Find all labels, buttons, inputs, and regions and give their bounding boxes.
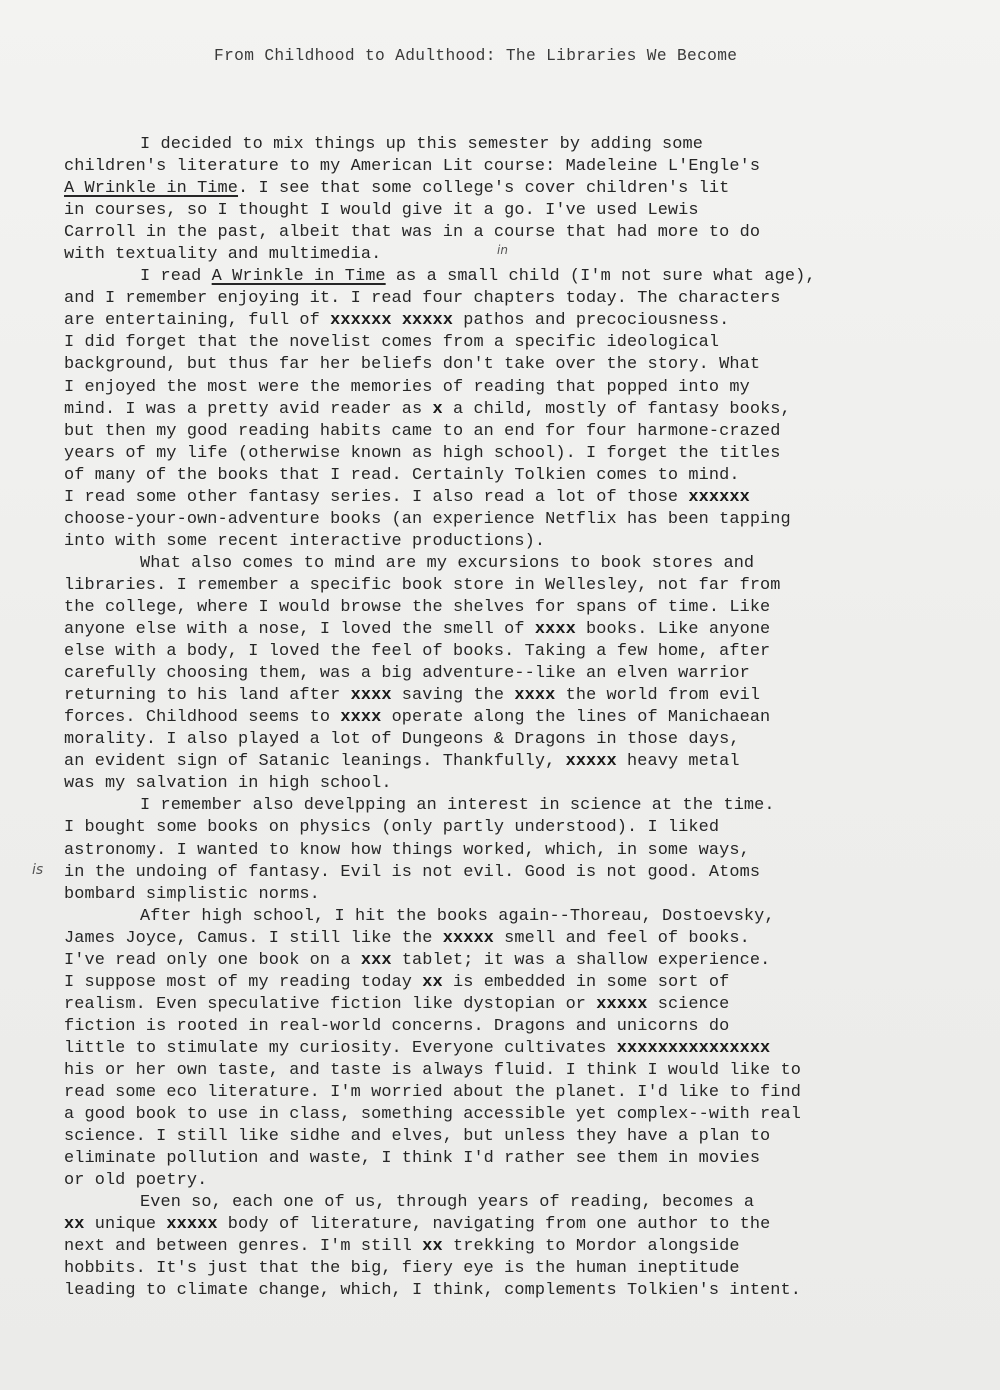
text-line: next and between genres. I'm still xx tr… xyxy=(64,1236,964,1258)
text-line: Even so, each one of us, through years o… xyxy=(64,1192,964,1214)
text-line: or old poetry. xyxy=(64,1170,964,1192)
text-line: morality. I also played a lot of Dungeon… xyxy=(64,729,964,751)
text-line: I did forget that the novelist comes fro… xyxy=(64,332,964,354)
text-line: of many of the books that I read. Certai… xyxy=(64,465,964,487)
text-line: the college, where I would browse the sh… xyxy=(64,597,964,619)
paragraph: I decided to mix things up this semester… xyxy=(64,134,964,266)
text-line: with textuality and multimedia. xyxy=(64,244,964,266)
text-line: James Joyce, Camus. I still like the xxx… xyxy=(64,928,964,950)
paragraph: What also comes to mind are my excursion… xyxy=(64,553,964,796)
document-title: From Childhood to Adulthood: The Librari… xyxy=(214,47,737,65)
text-line: an evident sign of Satanic leanings. Tha… xyxy=(64,751,964,773)
text-line: else with a body, I loved the feel of bo… xyxy=(64,641,964,663)
paragraph: I read A Wrinkle in Time as a small chil… xyxy=(64,266,964,553)
text-line: a good book to use in class, something a… xyxy=(64,1104,964,1126)
text-line: I suppose most of my reading today xx is… xyxy=(64,972,964,994)
text-line: background, but thus far her beliefs don… xyxy=(64,354,964,376)
text-line: in courses, so I thought I would give it… xyxy=(64,200,964,222)
text-line: bombard simplistic norms. xyxy=(64,884,964,906)
text-line: What also comes to mind are my excursion… xyxy=(64,553,964,575)
text-line: libraries. I remember a specific book st… xyxy=(64,575,964,597)
text-line: A Wrinkle in Time. I see that some colle… xyxy=(64,178,964,200)
text-line: realism. Even speculative fiction like d… xyxy=(64,994,964,1016)
text-line: carefully choosing them, was a big adven… xyxy=(64,663,964,685)
text-line: anyone else with a nose, I loved the sme… xyxy=(64,619,964,641)
text-line: fiction is rooted in real-world concerns… xyxy=(64,1016,964,1038)
text-line: returning to his land after xxxx saving … xyxy=(64,685,964,707)
paragraph: After high school, I hit the books again… xyxy=(64,906,964,1193)
text-line: choose-your-own-adventure books (an expe… xyxy=(64,509,964,531)
handwritten-correction-is: is xyxy=(32,862,43,878)
text-line: his or her own taste, and taste is alway… xyxy=(64,1060,964,1082)
text-line: but then my good reading habits came to … xyxy=(64,421,964,443)
text-line: xx unique xxxxx body of literature, navi… xyxy=(64,1214,964,1236)
handwritten-correction-in: in xyxy=(497,243,508,257)
text-line: eliminate pollution and waste, I think I… xyxy=(64,1148,964,1170)
text-line: I enjoyed the most were the memories of … xyxy=(64,377,964,399)
text-line: are entertaining, full of xxxxxx xxxxx p… xyxy=(64,310,964,332)
text-line: After high school, I hit the books again… xyxy=(64,906,964,928)
text-line: in the undoing of fantasy. Evil is not e… xyxy=(64,862,964,884)
text-line: forces. Childhood seems to xxxx operate … xyxy=(64,707,964,729)
text-line: Carroll in the past, albeit that was in … xyxy=(64,222,964,244)
text-line: was my salvation in high school. xyxy=(64,773,964,795)
text-line: leading to climate change, which, I thin… xyxy=(64,1280,964,1302)
text-line: hobbits. It's just that the big, fiery e… xyxy=(64,1258,964,1280)
paragraph: Even so, each one of us, through years o… xyxy=(64,1192,964,1302)
text-line: years of my life (otherwise known as hig… xyxy=(64,443,964,465)
text-line: mind. I was a pretty avid reader as x a … xyxy=(64,399,964,421)
text-line: little to stimulate my curiosity. Everyo… xyxy=(64,1038,964,1060)
text-line: read some eco literature. I'm worried ab… xyxy=(64,1082,964,1104)
paragraph: I remember also develpping an interest i… xyxy=(64,795,964,905)
text-line: I decided to mix things up this semester… xyxy=(64,134,964,156)
text-line: astronomy. I wanted to know how things w… xyxy=(64,840,964,862)
document-body: I decided to mix things up this semester… xyxy=(64,134,964,1302)
text-line: science. I still like sidhe and elves, b… xyxy=(64,1126,964,1148)
text-line: I've read only one book on a xxx tablet;… xyxy=(64,950,964,972)
text-line: and I remember enjoying it. I read four … xyxy=(64,288,964,310)
text-line: children's literature to my American Lit… xyxy=(64,156,964,178)
text-line: I read A Wrinkle in Time as a small chil… xyxy=(64,266,964,288)
text-line: I bought some books on physics (only par… xyxy=(64,817,964,839)
text-line: I read some other fantasy series. I also… xyxy=(64,487,964,509)
text-line: into with some recent interactive produc… xyxy=(64,531,964,553)
text-line: I remember also develpping an interest i… xyxy=(64,795,964,817)
typewritten-page: From Childhood to Adulthood: The Librari… xyxy=(0,0,1000,1390)
